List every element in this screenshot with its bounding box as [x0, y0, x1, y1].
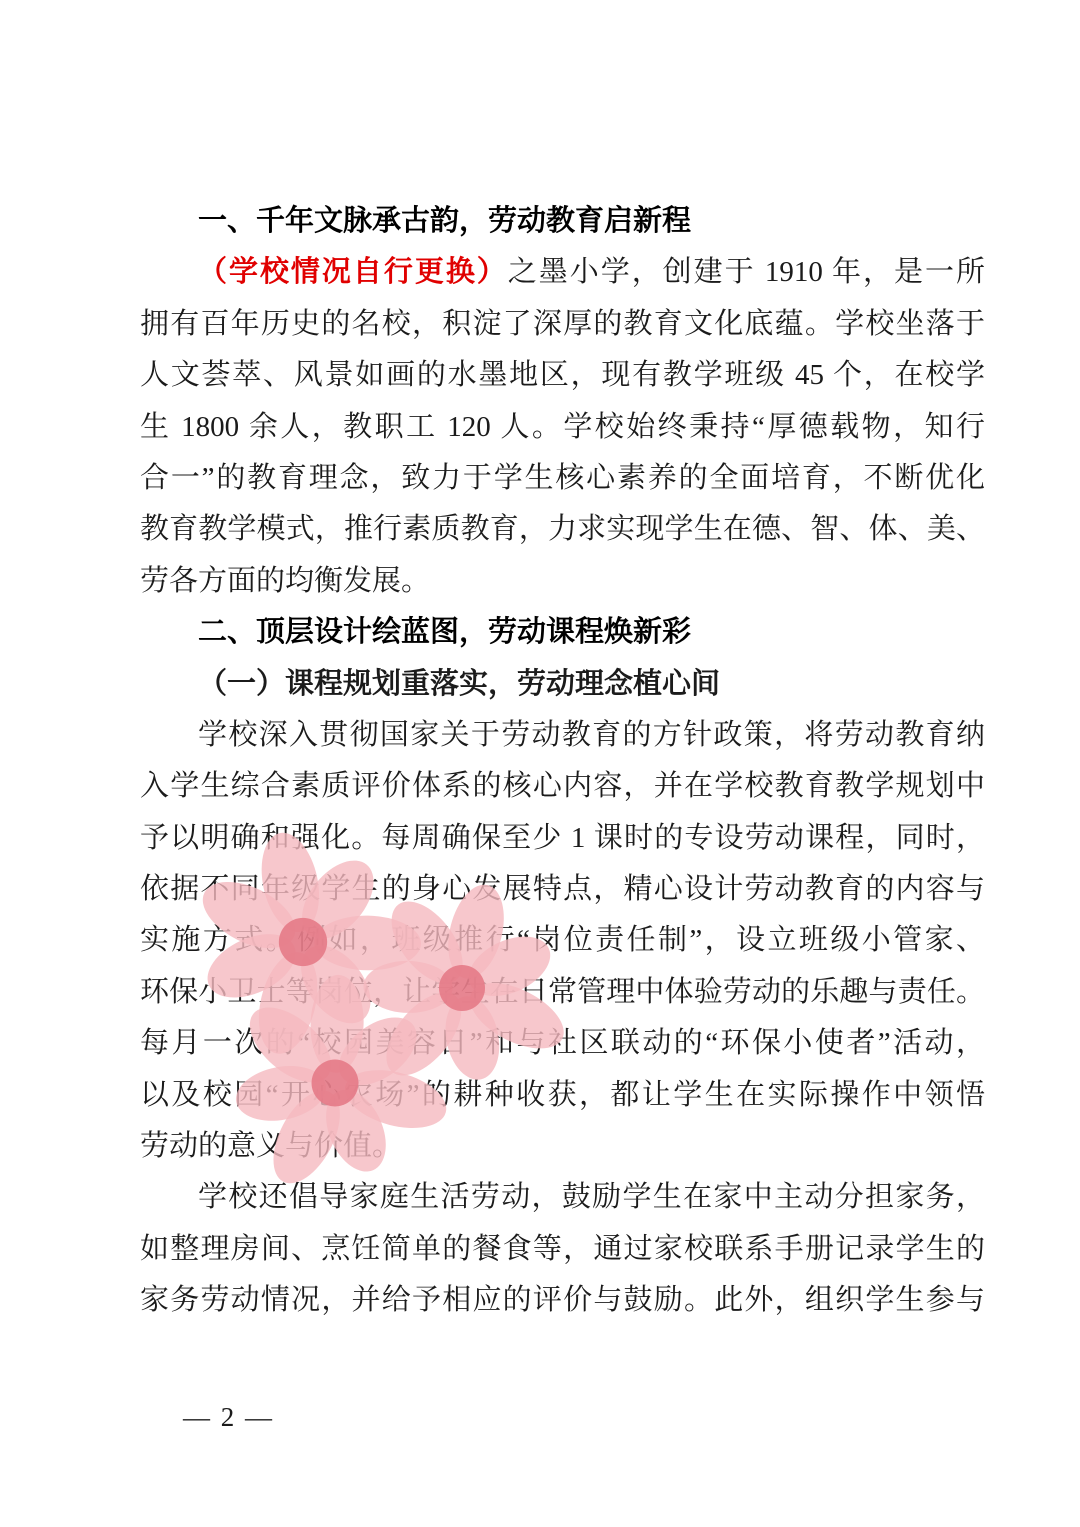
text-line: 生 1800 余人，教职工 120 人。学校始终秉持“厚德载物，知行 [140, 402, 985, 453]
text-line: 依据不同年级学生的身心发展特点，精心设计劳动教育的内容与 [140, 864, 985, 915]
text-run: 实施方式。例如，班级推行“岗位责任制”，设立班级小管家、 [140, 924, 985, 956]
text-line: 学校深入贯彻国家关于劳动教育的方针政策，将劳动教育纳 [140, 710, 985, 761]
text-line: 合一”的教育理念，致力于学生核心素养的全面培育，不断优化 [140, 453, 985, 504]
text-line: 劳各方面的均衡发展。 [140, 556, 985, 607]
text-line: 如整理房间、烹饪简单的餐食等，通过家校联系手册记录学生的 [140, 1224, 985, 1275]
text-run: 二、顶层设计绘蓝图，劳动课程焕新彩 [198, 616, 691, 648]
text-line: （学校情况自行更换）之墨小学，创建于 1910 年，是一所 [140, 247, 985, 298]
text-line: 予以明确和强化。每周确保至少 1 课时的专设劳动课程，同时， [140, 813, 985, 864]
text-run: 如整理房间、烹饪简单的餐食等，通过家校联系手册记录学生的 [140, 1233, 985, 1265]
text-line: 拥有百年历史的名校，积淀了深厚的教育文化底蕴。学校坐落于 [140, 299, 985, 350]
text-run: 依据不同年级学生的身心发展特点，精心设计劳动教育的内容与 [140, 873, 985, 905]
page-number: — 2 — [183, 1402, 274, 1433]
text-run: 一、千年文脉承古韵，劳动教育启新程 [198, 205, 691, 237]
text-run: 予以明确和强化。每周确保至少 1 课时的专设劳动课程，同时， [140, 822, 985, 854]
document-text-block: 一、千年文脉承古韵，劳动教育启新程（学校情况自行更换）之墨小学，创建于 1910… [140, 196, 985, 1327]
text-line: 人文荟萃、风景如画的水墨地区，现有教学班级 45 个，在校学 [140, 350, 985, 401]
text-line: 劳动的意义与价值。 [140, 1121, 985, 1172]
text-line: 学校还倡导家庭生活劳动，鼓励学生在家中主动分担家务， [140, 1172, 985, 1223]
text-run: 之墨小学，创建于 1910 年，是一所 [508, 256, 985, 288]
text-run: 家务劳动情况，并给予相应的评价与鼓励。此外，组织学生参与 [140, 1284, 985, 1316]
text-run: 生 1800 余人，教职工 120 人。学校始终秉持“厚德载物，知行 [140, 411, 985, 443]
text-run: 学校还倡导家庭生活劳动，鼓励学生在家中主动分担家务， [198, 1181, 985, 1213]
text-run: 合一”的教育理念，致力于学生核心素养的全面培育，不断优化 [140, 462, 985, 494]
text-line: 实施方式。例如，班级推行“岗位责任制”，设立班级小管家、 [140, 915, 985, 966]
section-heading: 一、千年文脉承古韵，劳动教育启新程 [140, 196, 985, 247]
text-run: 劳各方面的均衡发展。 [140, 565, 430, 597]
text-run: （一）课程规划重落实，劳动理念植心间 [198, 668, 720, 700]
sub-heading: （一）课程规划重落实，劳动理念植心间 [140, 659, 985, 710]
text-line: 以及校园“开心农场”的耕种收获，都让学生在实际操作中领悟 [140, 1070, 985, 1121]
text-run: 学校深入贯彻国家关于劳动教育的方针政策，将劳动教育纳 [198, 719, 985, 751]
replace-note-red-text: （学校情况自行更换） [198, 256, 508, 288]
text-run: 劳动的意义与价值。 [140, 1130, 401, 1162]
document-page: 一、千年文脉承古韵，劳动教育启新程（学校情况自行更换）之墨小学，创建于 1910… [0, 0, 1080, 1527]
text-run: 入学生综合素质评价体系的核心内容，并在学校教育教学规划中 [140, 770, 985, 802]
text-run: 环保小卫士等岗位，让学生在日常管理中体验劳动的乐趣与责任。 [140, 976, 985, 1008]
text-line: 每月一次的“校园美容日”和与社区联动的“环保小使者”活动， [140, 1018, 985, 1069]
text-run: 以及校园“开心农场”的耕种收获，都让学生在实际操作中领悟 [140, 1079, 985, 1111]
text-line: 环保小卫士等岗位，让学生在日常管理中体验劳动的乐趣与责任。 [140, 967, 985, 1018]
text-run: 人文荟萃、风景如画的水墨地区，现有教学班级 45 个，在校学 [140, 359, 985, 391]
text-line: 入学生综合素质评价体系的核心内容，并在学校教育教学规划中 [140, 761, 985, 812]
text-run: 拥有百年历史的名校，积淀了深厚的教育文化底蕴。学校坐落于 [140, 308, 985, 340]
section-heading: 二、顶层设计绘蓝图，劳动课程焕新彩 [140, 607, 985, 658]
text-line: 教育教学模式，推行素质教育，力求实现学生在德、智、体、美、 [140, 504, 985, 555]
text-run: 教育教学模式，推行素质教育，力求实现学生在德、智、体、美、 [140, 513, 985, 545]
text-line: 家务劳动情况，并给予相应的评价与鼓励。此外，组织学生参与 [140, 1275, 985, 1326]
text-run: 每月一次的“校园美容日”和与社区联动的“环保小使者”活动， [140, 1027, 985, 1059]
